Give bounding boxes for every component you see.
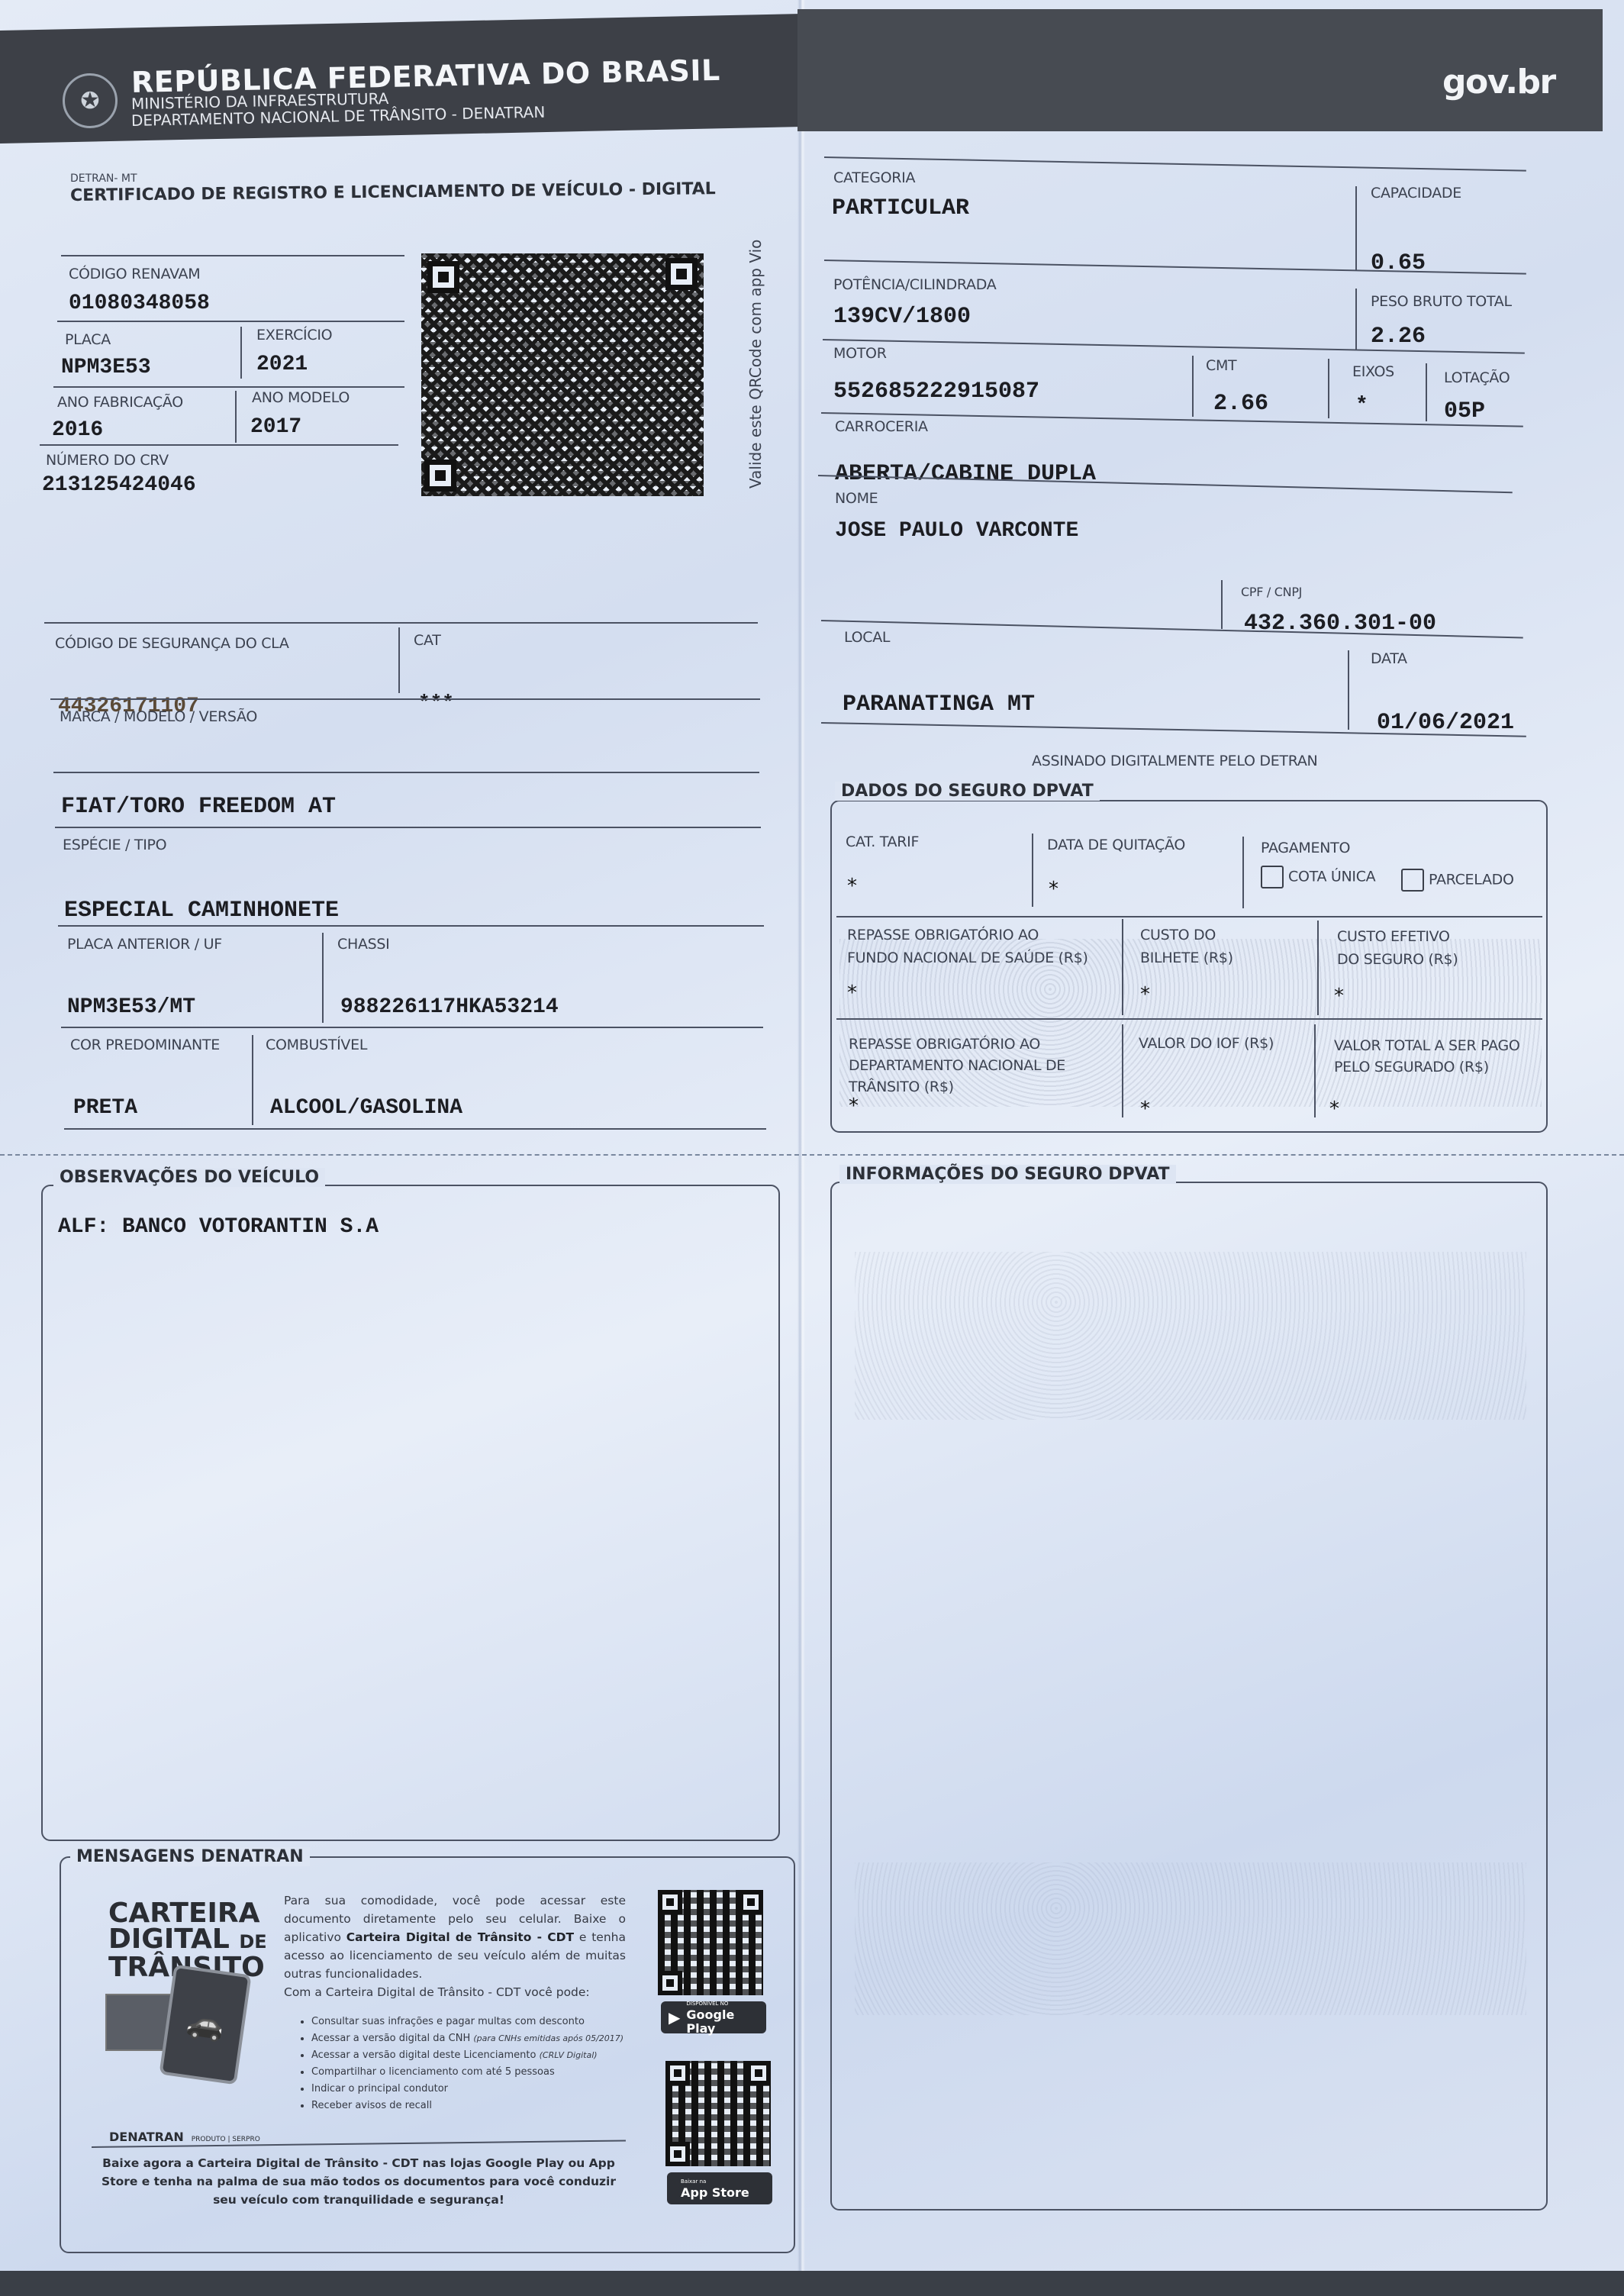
nome-value: JOSE PAULO VARCONTE xyxy=(835,519,1078,543)
peso-bruto-value: 2.26 xyxy=(1371,324,1426,350)
crv-value: 213125424046 xyxy=(42,473,196,497)
codigo-seguranca-label: CÓDIGO DE SEGURANÇA DO CLA xyxy=(55,635,289,652)
ano-fabricacao-value: 2016 xyxy=(52,418,103,442)
potencia-label: POTÊNCIA/CILINDRADA xyxy=(833,276,996,293)
renavam-label: CÓDIGO RENAVAM xyxy=(69,266,200,282)
app-store-badge[interactable]: Baixar naApp Store xyxy=(667,2172,772,2204)
carroceria-value: ABERTA/CABINE DUPLA xyxy=(835,461,1096,487)
parcelado-checkbox[interactable] xyxy=(1401,869,1424,892)
eixos-value: * xyxy=(1355,394,1368,418)
cat-value: *** xyxy=(418,692,454,714)
qr-caption: Valide este QRCode com app Vio xyxy=(746,240,765,489)
cota-unica-checkbox[interactable] xyxy=(1261,866,1284,888)
data-quitacao-value: * xyxy=(1049,878,1058,901)
capacidade-label: CAPACIDADE xyxy=(1371,185,1461,202)
mensagens-title: MENSAGENS DENATRAN xyxy=(70,1847,310,1866)
exercicio-label: EXERCÍCIO xyxy=(256,327,332,343)
cat-tarif-value: * xyxy=(847,875,857,898)
local-value: PARANATINGA MT xyxy=(843,692,1035,717)
list-item: Indicar o principal condutor xyxy=(311,2081,633,2098)
issuer: DETRAN- MT xyxy=(70,173,137,185)
cota-unica-option[interactable]: COTA ÚNICA xyxy=(1261,866,1375,888)
list-item: Consultar suas infrações e pagar multas … xyxy=(311,2014,633,2030)
nome-label: NOME xyxy=(835,490,878,507)
google-play-icon: ▶ xyxy=(669,2008,680,2027)
app-store-qr-code xyxy=(665,2061,771,2166)
observacoes-text: ALF: BANCO VOTORANTIN S.A xyxy=(58,1215,379,1239)
cat-label: CAT xyxy=(414,632,441,649)
especie-tipo-label: ESPÉCIE / TIPO xyxy=(63,837,166,853)
validation-qr-code xyxy=(421,253,704,496)
eixos-label: EIXOS xyxy=(1352,363,1394,380)
pagamento-label: PAGAMENTO xyxy=(1261,840,1350,856)
cmt-label: CMT xyxy=(1206,357,1236,374)
placa-value: NPM3E53 xyxy=(61,356,151,379)
combustivel-label: COMBUSTÍVEL xyxy=(266,1037,367,1053)
list-item: Compartilhar o licenciamento com até 5 p… xyxy=(311,2064,633,2081)
ano-modelo-label: ANO MODELO xyxy=(252,389,350,406)
list-item: Acessar a versão digital da CNH (para CN… xyxy=(311,2030,633,2047)
phone-car-icon xyxy=(159,1965,251,2085)
data-value: 01/06/2021 xyxy=(1377,710,1514,736)
parcelado-option[interactable]: PARCELADO xyxy=(1401,869,1514,892)
chassi-value: 988226117HKA53214 xyxy=(340,995,559,1019)
potencia-value: 139CV/1800 xyxy=(833,304,971,330)
cat-tarif-label: CAT. TARIF xyxy=(846,834,919,850)
dpvat-info-title: INFORMAÇÕES DO SEGURO DPVAT xyxy=(839,1165,1176,1184)
ano-modelo-value: 2017 xyxy=(250,415,301,439)
marca-modelo-value: FIAT/TORO FREEDOM AT xyxy=(61,794,336,820)
ano-fabricacao-label: ANO FABRICAÇÃO xyxy=(57,394,183,411)
especie-tipo-value: ESPECIAL CAMINHONETE xyxy=(64,898,339,924)
chassi-label: CHASSI xyxy=(337,936,389,953)
cmt-value: 2.66 xyxy=(1213,391,1268,417)
placa-anterior-label: PLACA ANTERIOR / UF xyxy=(67,936,222,953)
google-play-badge[interactable]: ▶ DISPONÍVEL NOGoogle Play xyxy=(661,2001,766,2033)
cpf-label: CPF / CNPJ xyxy=(1241,585,1302,599)
google-play-qr-code xyxy=(658,1890,763,1995)
lotacao-value: 05P xyxy=(1444,398,1485,424)
categoria-label: CATEGORIA xyxy=(833,169,915,186)
observacoes-title: OBSERVAÇÕES DO VEÍCULO xyxy=(53,1168,325,1187)
peso-bruto-label: PESO BRUTO TOTAL xyxy=(1371,293,1512,310)
toner-smudge xyxy=(839,939,1542,1107)
govbr-logo: gov.br xyxy=(1442,63,1555,102)
dpvat-panel-title: DADOS DO SEGURO DPVAT xyxy=(835,782,1100,801)
motor-label: MOTOR xyxy=(833,345,887,362)
motor-value: 552685222915087 xyxy=(833,379,1039,405)
lotacao-label: LOTAÇÃO xyxy=(1444,369,1510,386)
categoria-value: PARTICULAR xyxy=(832,195,969,221)
perforation-line xyxy=(0,1154,1624,1156)
cor-label: COR PREDOMINANTE xyxy=(70,1037,220,1053)
placa-anterior-value: NPM3E53/MT xyxy=(67,995,195,1019)
marca-modelo-label: MARCA / MODELO / VERSÃO xyxy=(60,708,257,725)
data-label: DATA xyxy=(1371,650,1407,667)
cdt-footer-text: Baixe agora a Carteira Digital de Trânsi… xyxy=(92,2154,626,2209)
local-label: LOCAL xyxy=(844,629,890,646)
observacoes-panel xyxy=(41,1185,780,1841)
renavam-value: 01080348058 xyxy=(69,292,210,315)
cdt-feature-list: Consultar suas infrações e pagar multas … xyxy=(298,2014,633,2114)
placa-label: PLACA xyxy=(65,331,111,348)
signature-note: ASSINADO DIGITALMENTE PELO DETRAN xyxy=(1032,753,1317,769)
crv-label: NÚMERO DO CRV xyxy=(46,452,169,469)
data-quitacao-label: DATA DE QUITAÇÃO xyxy=(1047,837,1185,853)
brazil-coat-of-arms-icon: ✪ xyxy=(63,73,118,128)
list-item: Receber avisos de recall xyxy=(311,2098,633,2114)
combustivel-value: ALCOOL/GASOLINA xyxy=(270,1096,462,1120)
cor-value: PRETA xyxy=(73,1096,137,1120)
list-item: Acessar a versão digital deste Licenciam… xyxy=(311,2047,633,2064)
fold-line-vertical xyxy=(797,0,805,2271)
exercicio-value: 2021 xyxy=(256,353,308,376)
carroceria-label: CARROCERIA xyxy=(835,418,928,435)
cdt-paragraph: Para sua comodidade, você pode acessar e… xyxy=(284,1891,626,2001)
denatran-brand: DENATRANPRODUTO | SERPRO xyxy=(109,2130,260,2144)
